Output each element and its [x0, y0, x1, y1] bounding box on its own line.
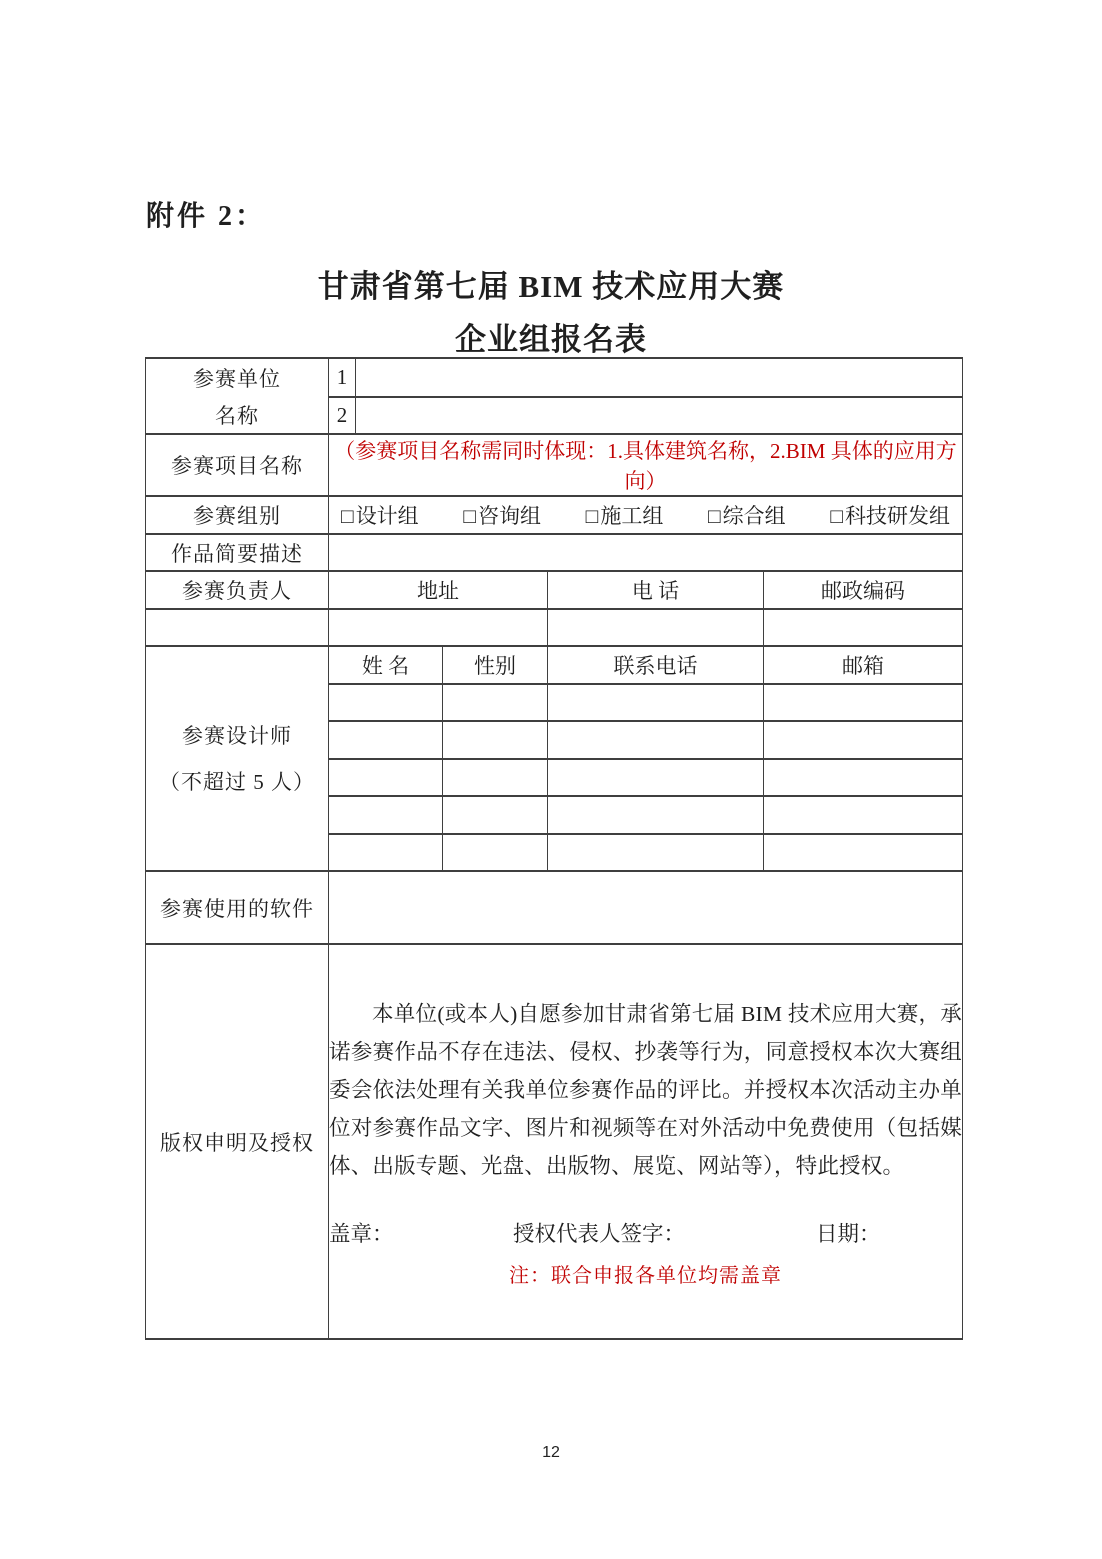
- checkbox-icon: □: [830, 504, 843, 529]
- description-label: 作品简要描述: [146, 534, 329, 571]
- designer-phone-field: [548, 721, 764, 759]
- software-label: 参赛使用的软件: [146, 871, 329, 944]
- unit-name-label-line1: 参赛单位: [146, 359, 328, 396]
- designer-gender-field: [443, 759, 548, 796]
- designer-gender-field: [443, 721, 548, 759]
- designer-gender-field: [443, 796, 548, 834]
- leader-header-row: 参赛负责人 地址 电 话 邮政编码: [146, 571, 963, 609]
- description-row: 作品简要描述: [146, 534, 963, 571]
- group-option-rnd: □科技研发组: [830, 500, 950, 530]
- stamp-label: 盖章：: [329, 1217, 394, 1248]
- page-number: 12: [0, 1444, 1102, 1462]
- unit-name-field-1: [356, 358, 963, 397]
- software-field: [329, 871, 963, 944]
- designers-col-phone: 联系电话: [548, 646, 764, 684]
- designer-phone-field: [548, 684, 764, 721]
- group-option-label: 综合组: [723, 504, 786, 528]
- leader-label: 参赛负责人: [146, 571, 329, 609]
- software-row: 参赛使用的软件: [146, 871, 963, 944]
- designers-col-name: 姓 名: [329, 646, 443, 684]
- registration-form-table: 参赛单位 名称 1 2 参赛项目名称 （参赛项目名称需同时体现：1.具体建筑名称…: [145, 357, 963, 1340]
- designer-phone-field: [548, 759, 764, 796]
- group-option-label: 科技研发组: [845, 504, 950, 528]
- designers-label-line2: （不超过 5 人）: [146, 759, 328, 805]
- designer-phone-field: [548, 796, 764, 834]
- leader-phone-field: [548, 609, 764, 646]
- checkbox-icon: □: [586, 504, 599, 529]
- leader-col-postcode: 邮政编码: [764, 571, 963, 609]
- project-name-label: 参赛项目名称: [146, 434, 329, 496]
- project-name-hint: （参赛项目名称需同时体现：1.具体建筑名称，2.BIM 具体的应用方向）: [329, 434, 963, 496]
- group-option-label: 咨询组: [478, 504, 541, 528]
- designer-name-field: [329, 721, 443, 759]
- document-page: 附件 2： 甘肃省第七届 BIM 技术应用大赛 企业组报名表 参赛单位 名称 1…: [0, 0, 1102, 1559]
- leader-postcode-field: [764, 609, 963, 646]
- designer-name-field: [329, 759, 443, 796]
- designer-gender-field: [443, 684, 548, 721]
- copyright-statement: 本单位(或本人)自愿参加甘肃省第七届 BIM 技术应用大赛，承诺参赛作品不存在违…: [329, 995, 962, 1185]
- group-options: □设计组 □咨询组 □施工组 □综合组 □科技研发组: [329, 500, 962, 530]
- group-label: 参赛组别: [146, 496, 329, 534]
- date-label: 日期：: [816, 1217, 881, 1248]
- designers-header-row: 参赛设计师 （不超过 5 人） 姓 名 性别 联系电话 邮箱: [146, 646, 963, 684]
- leader-name-field: [146, 609, 329, 646]
- signer-label: 授权代表人签字：: [513, 1217, 685, 1248]
- designer-email-field: [764, 834, 963, 871]
- leader-address-field: [329, 609, 548, 646]
- checkbox-icon: □: [708, 504, 721, 529]
- description-field: [329, 534, 963, 571]
- document-subtitle: 企业组报名表: [0, 314, 1102, 359]
- designers-label: 参赛设计师 （不超过 5 人）: [146, 646, 329, 871]
- copyright-row: 版权申明及授权 本单位(或本人)自愿参加甘肃省第七届 BIM 技术应用大赛，承诺…: [146, 944, 963, 1339]
- group-option-design: □设计组: [341, 500, 419, 530]
- designers-label-line1: 参赛设计师: [146, 713, 328, 759]
- unit-index-1: 1: [329, 358, 356, 397]
- group-row: 参赛组别 □设计组 □咨询组 □施工组 □综合组 □科技研发组: [146, 496, 963, 534]
- designers-col-gender: 性别: [443, 646, 548, 684]
- designer-name-field: [329, 684, 443, 721]
- group-option-construction: □施工组: [586, 500, 664, 530]
- unit-name-field-2: [356, 397, 963, 435]
- document-title: 甘肃省第七届 BIM 技术应用大赛: [0, 261, 1102, 306]
- designer-email-field: [764, 759, 963, 796]
- leader-col-phone: 电 话: [548, 571, 764, 609]
- designer-email-field: [764, 721, 963, 759]
- checkbox-icon: □: [463, 504, 476, 529]
- unit-name-label-line2: 名称: [146, 396, 328, 433]
- designer-email-field: [764, 796, 963, 834]
- designer-name-field: [329, 796, 443, 834]
- copyright-label: 版权申明及授权: [146, 944, 329, 1339]
- leader-col-address: 地址: [329, 571, 548, 609]
- designer-name-field: [329, 834, 443, 871]
- group-option-consulting: □咨询组: [463, 500, 541, 530]
- designer-phone-field: [548, 834, 764, 871]
- unit-name-row-1: 参赛单位 名称 1: [146, 358, 963, 397]
- group-option-label: 施工组: [600, 504, 663, 528]
- designer-email-field: [764, 684, 963, 721]
- joint-application-note: 注：联合申报各单位均需盖章: [329, 1259, 962, 1288]
- group-options-cell: □设计组 □咨询组 □施工组 □综合组 □科技研发组: [329, 496, 963, 534]
- unit-index-2: 2: [329, 397, 356, 435]
- designer-gender-field: [443, 834, 548, 871]
- designers-col-email: 邮箱: [764, 646, 963, 684]
- checkbox-icon: □: [341, 504, 354, 529]
- copyright-content: 本单位(或本人)自愿参加甘肃省第七届 BIM 技术应用大赛，承诺参赛作品不存在违…: [329, 944, 963, 1339]
- attachment-label: 附件 2：: [146, 194, 266, 234]
- leader-data-row: [146, 609, 963, 646]
- group-option-comprehensive: □综合组: [708, 500, 786, 530]
- project-name-row: 参赛项目名称 （参赛项目名称需同时体现：1.具体建筑名称，2.BIM 具体的应用…: [146, 434, 963, 496]
- unit-name-label: 参赛单位 名称: [146, 358, 329, 434]
- group-option-label: 设计组: [356, 504, 419, 528]
- signature-line: 盖章： 授权代表人签字： 日期：: [329, 1217, 962, 1247]
